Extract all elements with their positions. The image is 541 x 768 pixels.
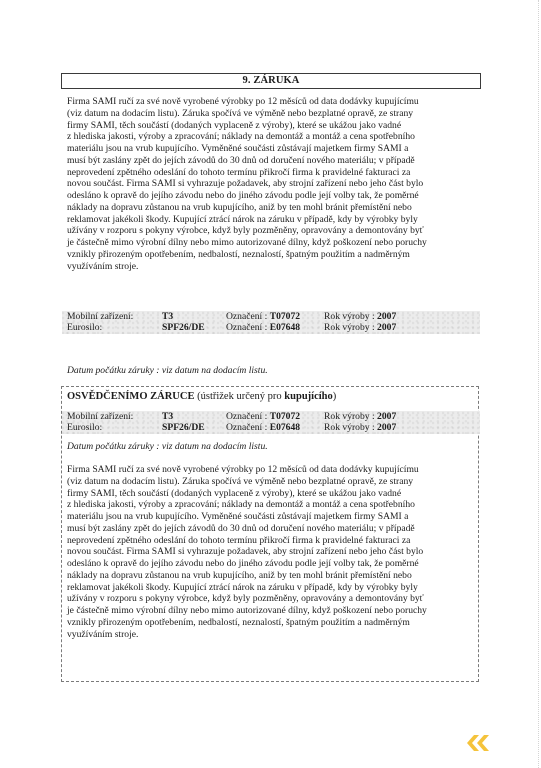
spec-year: Rok výroby : 2007: [324, 322, 396, 333]
spec-label: Mobilní zařízení:: [67, 311, 133, 322]
paragraph-line: odesláno k opravě do jejího závodu nebo …: [67, 190, 487, 202]
spec-serial: Označení : E07648: [226, 422, 300, 433]
equipment-specs-table: Mobilní zařízení:T3Označení : T07072Rok …: [62, 311, 480, 334]
paragraph-line: z hlediska jakosti, výroby a zpracování;…: [67, 499, 487, 511]
paragraph-line: využíváním stroje.: [67, 629, 487, 641]
paragraph-line: užívány v rozporu s pokyny výrobce, když…: [67, 593, 487, 605]
spec-label: Mobilní zařízení:: [67, 411, 133, 422]
spec-row: Mobilní zařízení:T3Označení : T07072Rok …: [62, 411, 480, 422]
paragraph-line: odesláno k opravě do jejího závodu nebo …: [67, 558, 487, 570]
spec-row: Mobilní zařízení:T3Označení : T07072Rok …: [62, 311, 480, 322]
paragraph-line: náklady na dopravu zůstanou na vrub kupu…: [67, 570, 487, 582]
spec-model: T3: [162, 411, 173, 422]
spec-model: SPF26/DE: [162, 422, 205, 433]
spec-year: Rok výroby : 2007: [324, 411, 396, 422]
coupon-title-main: OSVĚDČENÍMO ZÁRUCE: [67, 391, 194, 402]
paragraph-line: materiálu jsou na vrub kupujícího. Vyměn…: [67, 143, 487, 155]
paragraph-line: je částečně mimo výrobní dílny nebo mimo…: [67, 605, 487, 617]
paragraph-line: náklady na dopravu zůstanou na vrub kupu…: [67, 202, 487, 214]
spec-model: T3: [162, 311, 173, 322]
coupon-equipment-specs-table: Mobilní zařízení:T3Označení : T07072Rok …: [62, 411, 480, 434]
page-edge: [537, 0, 539, 768]
paragraph-line: z hlediska jakosti, výroby a zpracování;…: [67, 131, 487, 143]
coupon-title-end: ): [333, 391, 337, 402]
spec-model: SPF26/DE: [162, 322, 205, 333]
spec-serial: Označení : T07072: [226, 411, 300, 422]
coupon-warranty-paragraph: Firma SAMI ručí za své nově vyrobené výr…: [67, 464, 487, 640]
coupon-title-sub: (ústřižek určený pro: [194, 391, 284, 402]
paragraph-line: užívány v rozporu s pokyny výrobce, když…: [67, 225, 487, 237]
paragraph-line: využíváním stroje.: [67, 261, 487, 273]
paragraph-line: novou součást. Firma SAMI si vyhrazuje p…: [67, 546, 487, 558]
coupon-title-buyer: kupujícího: [284, 391, 332, 402]
paragraph-line: (viz datum na dodacím listu). Záruka spo…: [67, 476, 487, 488]
paragraph-line: (viz datum na dodacím listu). Záruka spo…: [67, 108, 487, 120]
paragraph-line: musí být zaslány zpět do jejích závodů d…: [67, 155, 487, 167]
paragraph-line: neprovedení zpětného odeslání do tohoto …: [67, 535, 487, 547]
coupon-warranty-start-note: Datum počátku záruky : viz datum na doda…: [67, 441, 268, 452]
paragraph-line: je částečně mimo výrobní dílny nebo mimo…: [67, 237, 487, 249]
paragraph-line: reklamovat jakékoli škody. Kupující ztrá…: [67, 214, 487, 226]
paragraph-line: materiálu jsou na vrub kupujícího. Vyměn…: [67, 511, 487, 523]
spec-label: Eurosilo:: [67, 322, 102, 333]
paragraph-line: firmy SAMI, těch součástí (dodaných vypl…: [67, 120, 487, 132]
paragraph-line: musí být zaslány zpět do jejích závodů d…: [67, 523, 487, 535]
spec-serial: Označení : E07648: [226, 322, 300, 333]
paragraph-line: Firma SAMI ručí za své nově vyrobené výr…: [67, 464, 487, 476]
warranty-paragraph: Firma SAMI ručí za své nově vyrobené výr…: [67, 96, 487, 272]
paragraph-line: neprovedení zpětného odeslání do tohoto …: [67, 167, 487, 179]
spec-row: Eurosilo:SPF26/DEOznačení : E07648Rok vý…: [62, 422, 480, 433]
paragraph-line: novou součást. Firma SAMI si vyhrazuje p…: [67, 178, 487, 190]
paragraph-line: vznikly přirozeným opotřebením, nedbalos…: [67, 617, 487, 629]
paragraph-line: Firma SAMI ručí za své nově vyrobené výr…: [67, 96, 487, 108]
spec-year: Rok výroby : 2007: [324, 311, 396, 322]
spec-year: Rok výroby : 2007: [324, 422, 396, 433]
double-chevron-left-icon[interactable]: [465, 733, 495, 753]
warranty-start-note: Datum počátku záruky : viz datum na doda…: [67, 365, 268, 376]
spec-row: Eurosilo:SPF26/DEOznačení : E07648Rok vý…: [62, 322, 480, 333]
paragraph-line: firmy SAMI, těch součástí (dodaných vypl…: [67, 488, 487, 500]
spec-label: Eurosilo:: [67, 422, 102, 433]
spec-serial: Označení : T07072: [226, 311, 300, 322]
paragraph-line: reklamovat jakékoli škody. Kupující ztrá…: [67, 582, 487, 594]
coupon-title: OSVĚDČENÍMO ZÁRUCE (ústřižek určený pro …: [67, 391, 336, 402]
paragraph-line: vznikly přirozeným opotřebením, nedbalos…: [67, 249, 487, 261]
section-title: 9. ZÁRUKA: [61, 73, 481, 89]
